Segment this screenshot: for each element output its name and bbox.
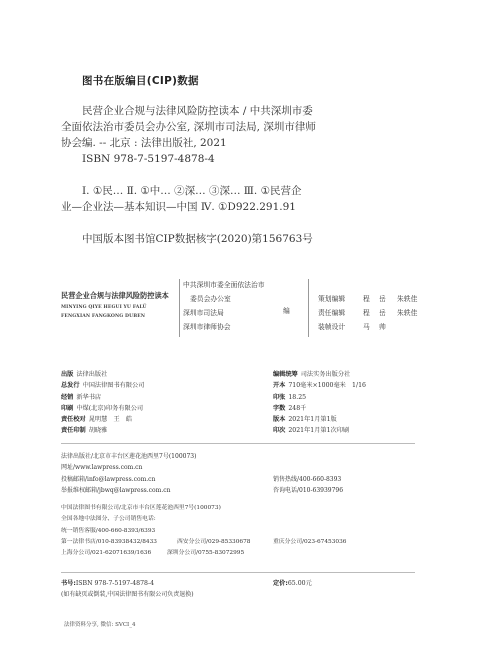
book-title: 民营企业合规与法律风险防控读本 MINYING QIYE HEGUI YU FA… — [61, 291, 181, 319]
editor-list: 策划编辑程岳朱轶佳 责任编辑程岳朱轶佳 装帧设计马帅 — [318, 292, 417, 334]
cip-title: 图书在版编目(CIP)数据 — [82, 73, 199, 88]
author: 深圳市律师协会 — [183, 320, 265, 334]
submission-email[interactable]: 投稿邮箱/info@lawpress.com.cn — [61, 476, 155, 483]
isbn-label: 书号: — [61, 580, 76, 587]
website-link[interactable]: 网址/www.lawpress.com.cn — [61, 464, 142, 471]
author-list: 中共深圳市委全面依法治市 委员会办公室 深圳市司法局 深圳市律师协会 — [183, 278, 265, 334]
cip-record: 民营企业合规与法律风险防控读本 / 中共深圳市委 全面依法治市委员会办公室, 深… — [61, 103, 421, 247]
divider-vertical — [179, 279, 180, 337]
return-note: (如有缺页或倒装,中国法律图书有限公司负责退换) — [61, 589, 194, 598]
price-label: 定价: — [273, 580, 288, 587]
pub-row: 编辑统筹司法实务出版分社 — [273, 369, 366, 380]
pub-row: 字数248千 — [273, 403, 366, 414]
author: 中共深圳市委全面依法治市 — [183, 278, 265, 292]
editor-row: 装帧设计马帅 — [318, 320, 417, 334]
branch-phone: 重庆分公司/023-67453036 — [273, 537, 346, 548]
editor-row: 策划编辑程岳朱轶佳 — [318, 292, 417, 306]
cip-verification: 中国版本图书馆CIP数据核字(2020)第156763号 — [61, 231, 421, 247]
book-title-cn: 民营企业合规与法律风险防控读本 — [61, 291, 181, 301]
unified-sales: 统一销售客服/400-660-8393/6393 — [61, 528, 155, 534]
pub-row: 经销新华书店 — [61, 392, 144, 403]
share-note: 法律资料分享, 微信: SVCI_4 — [64, 620, 135, 628]
distribution-contact: 中国法律图书有限公司/北京市丰台区莲花池西里7号(100073) 全国各地中法图… — [61, 503, 421, 559]
branch-phone: 第一法律书店/010-83938432/8433 — [61, 539, 157, 545]
pub-row: 印张18.25 — [273, 392, 366, 403]
cip-isbn: ISBN 978-7-5197-4878-4 — [61, 151, 421, 167]
branch-phone: 西安分公司/029-85330678 — [177, 537, 250, 548]
editor-row: 责任编辑程岳朱轶佳 — [318, 306, 417, 320]
sales-hotline: 销售热线/400-660-8393 — [273, 474, 341, 485]
isbn-value: ISBN 978-7-5197-4878-4 — [76, 580, 154, 587]
author: 深圳市司法局 — [183, 306, 265, 320]
cip-classification-2: 业—企业法—基本知识—中国 Ⅳ. ①D922.291.91 — [61, 199, 421, 215]
cip-line-3: 协会编. -- 北京 : 法律出版社, 2021 — [61, 135, 421, 151]
pub-row: 责任印制胡晓雅 — [61, 425, 144, 436]
author-role: 编 — [283, 305, 290, 315]
price-value: 65.00元 — [288, 580, 312, 587]
author: 委员会办公室 — [183, 292, 265, 306]
pub-row: 印刷中煤(北京)印务有限公司 — [61, 403, 144, 414]
branch-phone: 上海分公司/021-62071639/1636 — [61, 550, 151, 556]
pub-row: 印次2021年1月第1次印刷 — [273, 425, 366, 436]
publisher-contact: 法律出版社/北京市丰台区莲花池西里7号(100073) 网址/www.lawpr… — [61, 451, 421, 496]
publication-details-right: 编辑统筹司法实务出版分社 开本710毫米×1000毫米 1/16 印张18.25… — [273, 369, 366, 437]
report-email[interactable]: 举报维权邮箱/jbwq@lawpress.com.cn — [61, 487, 170, 494]
divider-vertical — [308, 279, 309, 337]
book-info-block: 民营企业合规与法律风险防控读本 MINYING QIYE HEGUI YU FA… — [61, 279, 421, 335]
book-title-en-2: FENGXIAN FANGKONG DUBEN — [61, 314, 181, 319]
publication-details-left: 出版法律出版社 总发行中国法律图书有限公司 经销新华书店 印刷中煤(北京)印务有… — [61, 369, 144, 437]
cip-line-2: 全面依法治市委员会办公室, 深圳市司法局, 深圳市律师 — [61, 119, 421, 135]
book-title-en-1: MINYING QIYE HEGUI YU FALÜ — [61, 305, 181, 310]
divider-horizontal — [61, 443, 415, 444]
cip-line-1: 民营企业合规与法律风险防控读本 / 中共深圳市委 — [61, 103, 421, 119]
branches-heading: 全国各地中法图分、子公司销售电话: — [61, 516, 156, 522]
divider-horizontal — [61, 572, 415, 573]
publisher-address: 法律出版社/北京市丰台区莲花池西里7号(100073) — [61, 453, 196, 460]
branch-phone: 深圳分公司/0755-83072995 — [167, 548, 244, 559]
pub-row: 开本710毫米×1000毫米 1/16 — [273, 380, 366, 391]
pub-row: 责任校对晁明慧 王 皓 — [61, 414, 144, 425]
pub-row: 出版法律出版社 — [61, 369, 144, 380]
distributor-address: 中国法律图书有限公司/北京市丰台区莲花池西里7号(100073) — [61, 505, 221, 511]
cip-classification-1: Ⅰ. ①民… Ⅱ. ①中… ②深… ③深… Ⅲ. ①民营企 — [61, 183, 421, 199]
pub-row: 版本2021年1月第1版 — [273, 414, 366, 425]
pub-row: 总发行中国法律图书有限公司 — [61, 380, 144, 391]
inquiry-phone: 咨询电话/010-63939796 — [273, 485, 343, 496]
isbn-price-row: 书号:ISBN 978-7-5197-4878-4 定价:65.00元 — [61, 578, 421, 589]
